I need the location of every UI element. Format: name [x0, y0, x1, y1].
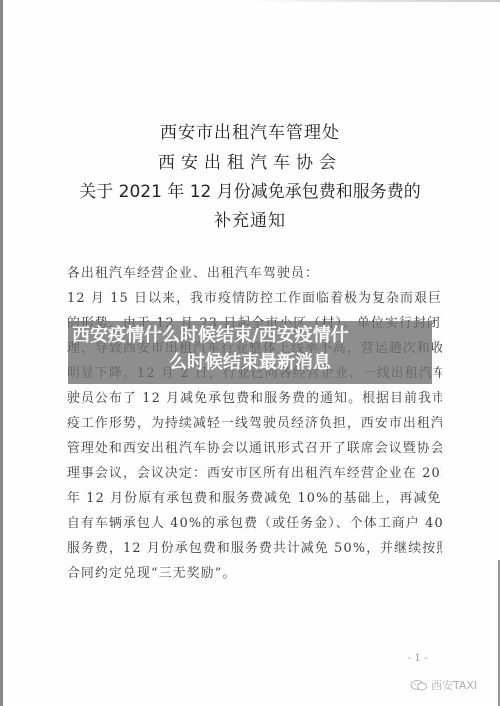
body-line: 理事会议，会议决定：西安市区所有出租汽车经营企业在 2021	[67, 461, 442, 486]
body-line: 年 12 月份原有承包费和服务费减免 10%的基础上，再减免企业	[67, 486, 442, 511]
headline-text: 西安疫情什么时候结束/西安疫情什 么时候结束最新消息	[68, 322, 432, 376]
body-line: 管理处和西安出租汽车协会以通讯形式召开了联席会议暨协会	[67, 436, 442, 461]
headline-line-2: 么时候结束最新消息	[68, 349, 432, 376]
headline-line-1: 西安疫情什么时候结束/西安疫情什	[68, 322, 432, 349]
page-edge-left	[0, 0, 3, 706]
body-line: 12 月 15 日以来，我市疫情防控工作面临着极为复杂而艰巨	[67, 286, 442, 311]
page-number: - 1 -	[408, 653, 427, 664]
body-line: 驶员公布了 12 月减免承包费和服务费的通知。根据目前我市防	[67, 386, 442, 411]
salutation: 各出租汽车经营企业、出租汽车驾驶员：	[67, 262, 442, 281]
page-edge-top	[240, 0, 500, 2]
issuer-2: 西安出租汽车协会	[0, 148, 500, 173]
document-subtitle: 补充通知	[0, 206, 500, 231]
body-line: 服务费，12 月份承包费和服务费共计减免 50%，并继续按照相关	[67, 536, 442, 561]
body-line: 合同约定兑现“三无奖励”。	[67, 561, 442, 586]
body-line: 疫工作形势，为持续减轻一线驾驶员经济负担，西安市出租汽车	[67, 411, 442, 436]
body-line: 自有车辆承包人 40%的承包费（或任务金）、个体工商户 40%的	[67, 511, 442, 536]
document-title: 关于 2021 年 12 月份减免承包费和服务费的	[0, 177, 500, 202]
watermark-text: 西安TAXI	[431, 677, 477, 693]
issuer-1: 西安市出租汽车管理处	[0, 118, 500, 143]
watermark: 西安TAXI	[410, 677, 477, 693]
wechat-icon	[410, 679, 428, 691]
